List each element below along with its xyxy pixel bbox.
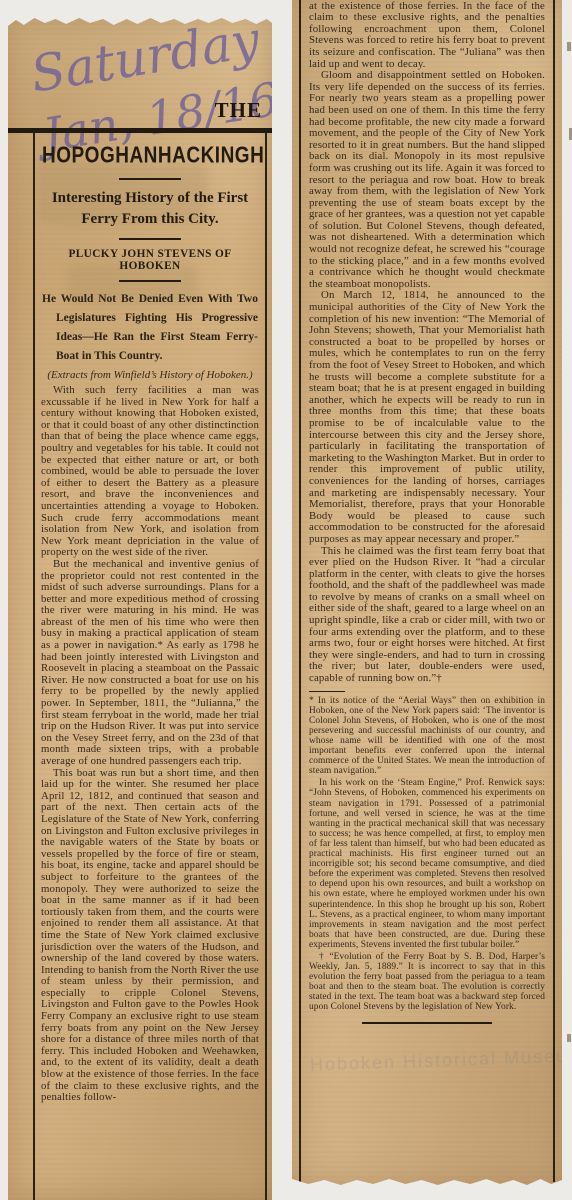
right-column-box: and, to the extent of its validity, deal… [299, 0, 555, 1182]
body-paragraph: On March 12, 1814, he announced to the m… [309, 290, 545, 545]
article-end-rule [362, 1022, 492, 1024]
left-column-body: With such ferry facilities a man was exc… [41, 385, 259, 1104]
footnote-divider [309, 691, 345, 692]
article-subhead: Interesting History of the First Ferry F… [43, 188, 257, 230]
body-paragraph: This he claimed was the first team ferry… [309, 546, 545, 685]
newspaper-clipping-left: Saturday Jan, 18/16 THE HOPOGHAN HACKING… [8, 14, 272, 1200]
body-paragraph: This boat was run but a short time, and … [41, 768, 259, 1104]
article-headline: HOPOGHAN HACKINGH [42, 143, 258, 170]
newspaper-clipping-right: and, to the extent of its validity, deal… [292, 0, 562, 1188]
kicker-divider [119, 280, 181, 282]
article-credit: (Extracts from Winfield’s History of Hob… [41, 369, 259, 381]
right-column-body: and, to the extent of its validity, deal… [309, 0, 545, 685]
masthead-the: THE [215, 98, 262, 123]
adjacent-clipping-fragment [567, 42, 571, 51]
left-column-box: HOPOGHAN HACKINGH Interesting History of… [33, 133, 267, 1200]
body-paragraph: Gloom and disappointment settled on Hobo… [309, 70, 545, 290]
handwritten-date-line1: Saturday [27, 14, 264, 104]
footnote: * In its notice of the “Aerial Ways” the… [309, 696, 545, 777]
headline-word-1: HOPOGHAN [42, 143, 158, 170]
subhead-divider [119, 238, 181, 240]
footnote: In his work on the ‘Steam Engine,” Prof.… [309, 778, 545, 950]
article-kicker: PLUCKY JOHN STEVENS OF HOBOKEN [41, 248, 259, 272]
body-paragraph-continuation: and, to the extent of its validity, deal… [309, 0, 545, 70]
adjacent-clipping-fragment [567, 1034, 571, 1042]
headline-word-2: HACKINGH [158, 143, 264, 170]
scanned-newspaper-page: { "colors": { "paper": "#d3b183", "ink":… [0, 0, 572, 1200]
body-paragraph: With such ferry facilities a man was exc… [41, 385, 259, 559]
article-deck: He Would Not Be Denied Even With Two Leg… [42, 290, 258, 366]
footnotes-block: * In its notice of the “Aerial Ways” the… [309, 696, 545, 1013]
footnote: † “Evolution of the Ferry Boat by S. B. … [309, 952, 545, 1013]
headline-divider [119, 178, 181, 180]
body-paragraph: But the mechanical and inventive genius … [41, 559, 259, 768]
